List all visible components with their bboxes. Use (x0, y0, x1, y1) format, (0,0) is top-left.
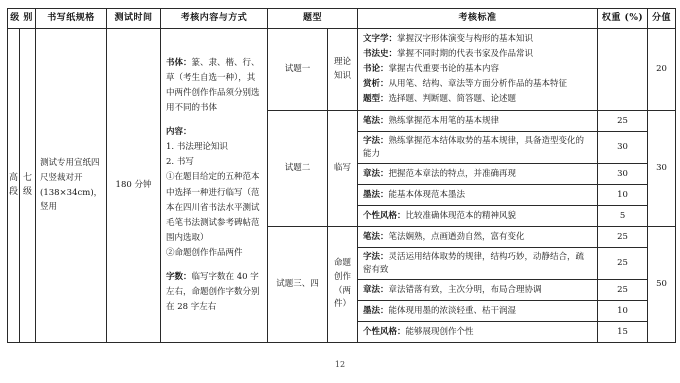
standard-term: 文字学： (363, 34, 397, 44)
standard-term: 章法： (363, 169, 389, 179)
header-content-method: 考核内容与方式 (161, 9, 268, 29)
standard-cell: 章法：章法错落有致，主次分明，布局合理协调 (358, 280, 598, 301)
weight-cell: 30 (598, 132, 648, 164)
linxie-score-cell: 30 (648, 111, 676, 227)
theory-row: 高段 七级 测试专用宣纸四尺竖裁对开(138×34cm)，竖用 180 分钟 书… (8, 29, 676, 111)
content-item-4: ②命题创作作品两件 (166, 246, 262, 261)
header-test-time: 测试时间 (107, 9, 161, 29)
standard-cell: 章法：把握范本章法的特点，并准确再现 (358, 164, 598, 185)
standard-desc: 熟练掌握范本结体取势的基本规律，具备造型变化的能力 (363, 136, 584, 158)
standard-term: 书论： (363, 64, 389, 74)
weight-cell: 25 (598, 248, 648, 280)
weight-cell: 10 (598, 301, 648, 322)
question-34-cell: 试题三、四 (268, 227, 328, 343)
standard-desc: 能基本体现范本墨法 (389, 190, 466, 200)
standards-line: 题型：选择题、判断题、简答题、论述题 (363, 92, 592, 107)
standard-desc: 选择题、判断题、简答题、论述题 (389, 94, 517, 104)
mode-linxie-cell: 临写 (328, 111, 358, 227)
standard-desc: 能够展现创作个性 (406, 327, 474, 337)
spacer (166, 116, 262, 125)
creation-score-cell: 50 (648, 227, 676, 343)
standard-term: 笔法： (363, 116, 389, 126)
standard-desc: 从用笔、结构、章法等方面分析作品的基本特征 (389, 79, 568, 89)
standards-line: 书论：掌握古代重要书论的基本内容 (363, 62, 592, 77)
weight-cell: 10 (598, 185, 648, 206)
question-1-cell: 试题一 (268, 29, 328, 111)
content-item-3: ①在题目给定的五种范本中选择一种进行临写（范本在四川省书法水平测试毛笔书法测试参… (166, 170, 262, 246)
standard-term: 个性风格： (363, 211, 406, 221)
header-paper-spec: 书写纸规格 (36, 9, 107, 29)
standard-term: 书法史： (363, 49, 397, 59)
content-item-2: 2. 书写 (166, 155, 262, 170)
standard-cell: 个性风格：比较准确体现范本的精神风貌 (358, 206, 598, 227)
standard-desc: 比较准确体现范本的精神风貌 (406, 211, 517, 221)
content-count-line: 字数：临写字数在 40 字左右，命题创作字数分别在 28 字左右 (166, 270, 262, 315)
question-2-cell: 试题二 (268, 111, 328, 227)
weight-cell: 15 (598, 322, 648, 343)
weight-cell: 25 (598, 280, 648, 301)
standard-cell: 墨法：能基本体现范本墨法 (358, 185, 598, 206)
header-standards: 考核标准 (358, 9, 598, 29)
weight-cell: 25 (598, 111, 648, 132)
weight-cell: 5 (598, 206, 648, 227)
standard-term: 笔法： (363, 232, 389, 242)
standard-term: 墨法： (363, 190, 389, 200)
test-time-cell: 180 分钟 (107, 29, 161, 343)
header-weight: 权重 (%) (598, 9, 648, 29)
standard-cell: 字法：熟练掌握范本结体取势的基本规律，具备造型变化的能力 (358, 132, 598, 164)
standard-term: 字法： (363, 252, 389, 262)
standards-line: 书法史：掌握不同时期的代表书家及作品常识 (363, 47, 592, 62)
standard-cell: 笔法：熟练掌握范本用笔的基本规律 (358, 111, 598, 132)
exam-standards-table: 级 别 书写纸规格 测试时间 考核内容与方式 题型 考核标准 权重 (%) 分值… (7, 8, 676, 343)
spacer (166, 261, 262, 270)
standards-line: 文字学：掌握汉字形体演变与构形的基本知识 (363, 32, 592, 47)
standard-term: 字法： (363, 136, 389, 146)
standard-desc: 笔法娴熟，点画遒劲自然，富有变化 (389, 232, 525, 242)
standard-cell: 字法：灵活运用结体取势的规律，结构巧妙，动静结合，疏密有致 (358, 248, 598, 280)
standard-desc: 掌握不同时期的代表书家及作品常识 (397, 49, 533, 59)
standard-desc: 掌握汉字形体演变与构形的基本知识 (397, 34, 533, 44)
level-grade: 七级 (20, 29, 36, 343)
mode-creation-cell: 命题创作（两件） (328, 227, 358, 343)
standard-desc: 把握范本章法的特点，并准确再现 (389, 169, 517, 179)
theory-score-cell: 20 (648, 29, 676, 111)
standard-term: 题型： (363, 94, 389, 104)
content-style-line: 书体：篆、隶、楷、行、草（考生自选一种），其中两件创作作品须分别选用不同的书体 (166, 56, 262, 117)
header-level: 级 别 (8, 9, 36, 29)
table-header-row: 级 别 书写纸规格 测试时间 考核内容与方式 题型 考核标准 权重 (%) 分值 (8, 9, 676, 29)
standard-cell: 墨法：能体现用墨的浓淡轻重、枯干润湿 (358, 301, 598, 322)
standard-desc: 掌握古代重要书论的基本内容 (389, 64, 500, 74)
standard-term: 章法： (363, 285, 389, 295)
style-label: 书体： (166, 58, 192, 68)
count-label: 字数： (166, 272, 192, 282)
standard-term: 赏析： (363, 79, 389, 89)
theory-standards-cell: 文字学：掌握汉字形体演变与构形的基本知识 书法史：掌握不同时期的代表书家及作品常… (358, 29, 598, 111)
header-score: 分值 (648, 9, 676, 29)
standard-desc: 灵活运用结体取势的规律，结构巧妙，动静结合，疏密有致 (363, 252, 584, 274)
mode-theory-cell: 理论知识 (328, 29, 358, 111)
weight-cell: 25 (598, 227, 648, 248)
standard-term: 个性风格： (363, 327, 406, 337)
content-method-cell: 书体：篆、隶、楷、行、草（考生自选一种），其中两件创作作品须分别选用不同的书体 … (161, 29, 268, 343)
standard-term: 墨法： (363, 306, 389, 316)
weight-cell: 30 (598, 164, 648, 185)
header-question-type: 题型 (268, 9, 358, 29)
standard-cell: 笔法：笔法娴熟，点画遒劲自然，富有变化 (358, 227, 598, 248)
standards-line: 赏析：从用笔、结构、章法等方面分析作品的基本特征 (363, 77, 592, 92)
standard-desc: 章法错落有致，主次分明，布局合理协调 (389, 285, 542, 295)
standard-desc: 熟练掌握范本用笔的基本规律 (389, 116, 500, 126)
content-label: 内容： (166, 125, 262, 140)
content-item-1: 1. 书法理论知识 (166, 140, 262, 155)
document-page: 级 别 书写纸规格 测试时间 考核内容与方式 题型 考核标准 权重 (%) 分值… (0, 0, 680, 383)
paper-spec-cell: 测试专用宣纸四尺竖裁对开(138×34cm)，竖用 (36, 29, 107, 343)
page-number: 12 (0, 360, 680, 369)
level-stage: 高段 (8, 29, 20, 343)
standard-cell: 个性风格：能够展现创作个性 (358, 322, 598, 343)
theory-weight-cell (598, 29, 648, 111)
standard-desc: 能体现用墨的浓淡轻重、枯干润湿 (389, 306, 517, 316)
